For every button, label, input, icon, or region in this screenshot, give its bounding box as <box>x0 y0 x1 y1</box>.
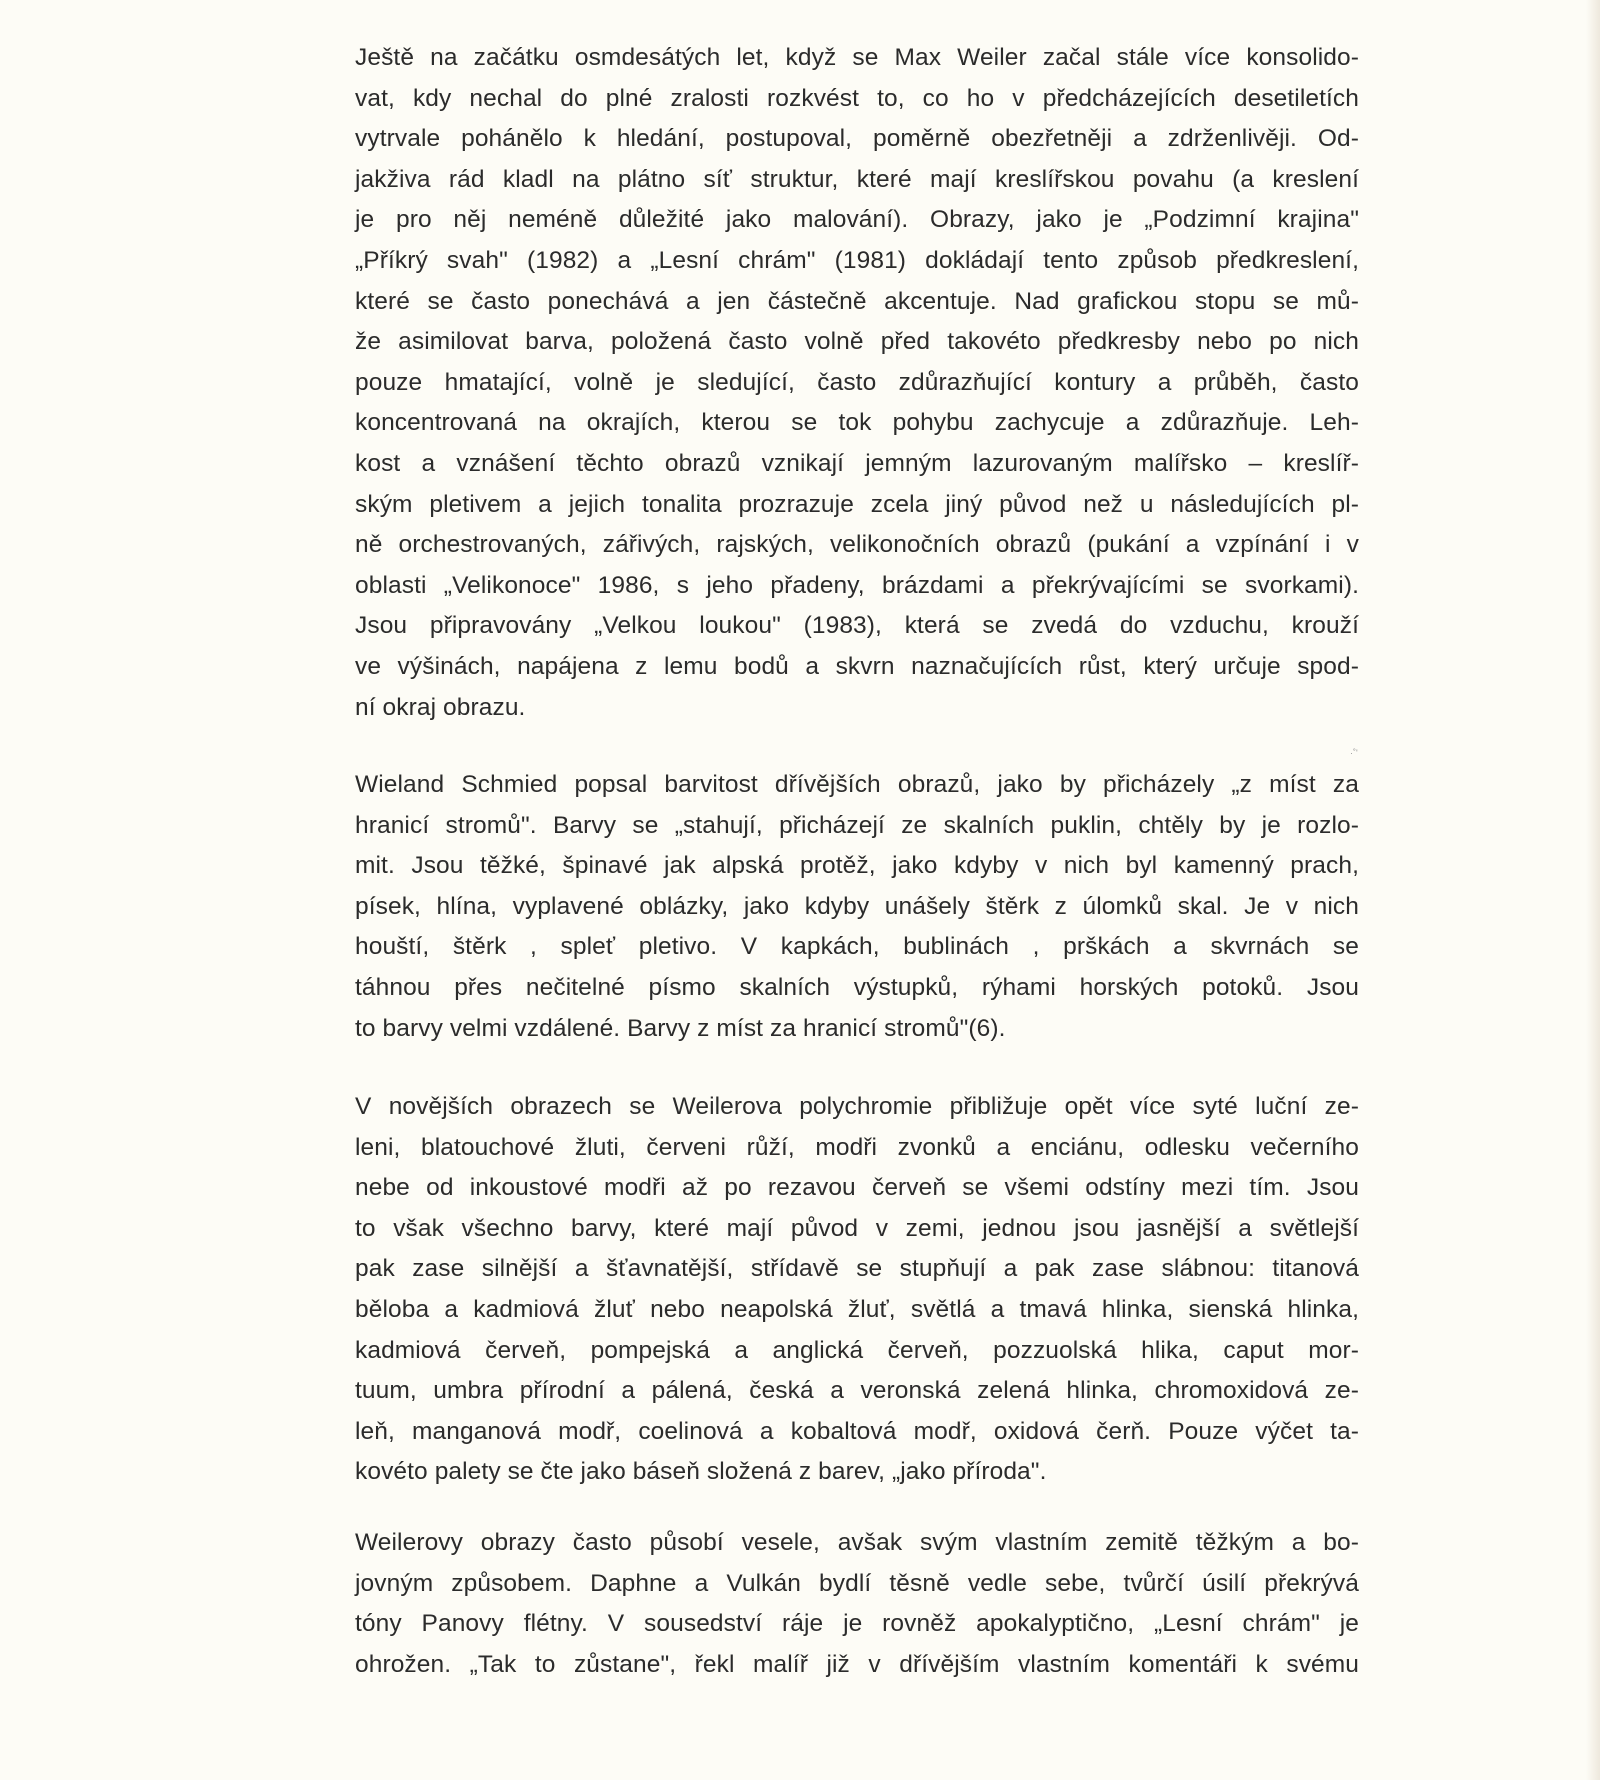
paragraph-4: Weilerovy obrazy často působí vesele, av… <box>355 1523 1359 1685</box>
text-line: vytrvale pohánělo k hledání, postupoval,… <box>355 119 1359 160</box>
text-line: ve výšinách, napájena z lemu bodů a skvr… <box>355 647 1359 688</box>
text-line: to barvy velmi vzdálené. Barvy z míst za… <box>355 1009 1359 1050</box>
text-line: ským pletivem a jejich tonalita prozrazu… <box>355 485 1359 526</box>
text-line: nebe od inkoustové modři až po rezavou č… <box>355 1168 1359 1209</box>
text-line: „Příkrý svah" (1982) a „Lesní chrám" (19… <box>355 241 1359 282</box>
paragraph-3: V novějších obrazech se Weilerova polych… <box>355 1087 1359 1493</box>
text-line: ohrožen. „Tak to zůstane", řekl malíř ji… <box>355 1645 1359 1686</box>
text-line: hranicí stromů". Barvy se „stahují, přic… <box>355 806 1359 847</box>
text-line: pak zase silnější a šťavnatější, střídav… <box>355 1249 1359 1290</box>
paragraph-1: Ještě na začátku osmdesátých let, když s… <box>355 38 1359 728</box>
text-line: že asimilovat barva, položená často voln… <box>355 322 1359 363</box>
text-line: Weilerovy obrazy často působí vesele, av… <box>355 1523 1359 1564</box>
scan-speck: ·˚' <box>1350 748 1358 758</box>
text-line: kost a vznášení těchto obrazů vznikají j… <box>355 444 1359 485</box>
text-line: tóny Panovy flétny. V sousedství ráje je… <box>355 1604 1359 1645</box>
text-line: houští, štěrk , spleť pletivo. V kapkách… <box>355 927 1359 968</box>
text-line: ně orchestrovaných, zářivých, rajských, … <box>355 525 1359 566</box>
text-line: Ještě na začátku osmdesátých let, když s… <box>355 38 1359 79</box>
text-line: vat, kdy nechal do plné zralosti rozkvés… <box>355 79 1359 120</box>
text-line: které se často ponechává a jen částečně … <box>355 282 1359 323</box>
text-line: koncentrovaná na okrajích, kterou se tok… <box>355 403 1359 444</box>
text-line: tuum, umbra přírodní a pálená, česká a v… <box>355 1371 1359 1412</box>
text-line: písek, hlína, vyplavené oblázky, jako kd… <box>355 887 1359 928</box>
page-edge-shadow <box>1586 0 1600 1780</box>
text-line: mit. Jsou těžké, špinavé jak alpská prot… <box>355 846 1359 887</box>
text-line: jakživa rád kladl na plátno síť struktur… <box>355 160 1359 201</box>
text-line: leni, blatouchové žluti, červeni růží, m… <box>355 1128 1359 1169</box>
text-line: kadmiová červeň, pompejská a anglická če… <box>355 1331 1359 1372</box>
text-line: leň, manganová modř, coelinová a kobalto… <box>355 1412 1359 1453</box>
text-line: Jsou připravovány „Velkou loukou" (1983)… <box>355 606 1359 647</box>
text-line: táhnou přes nečitelné písmo skalních výs… <box>355 968 1359 1009</box>
text-line: pouze hmatající, volně je sledující, čas… <box>355 363 1359 404</box>
paragraph-2: Wieland Schmied popsal barvitost dřívějš… <box>355 765 1359 1049</box>
text-line: oblasti „Velikonoce" 1986, s jeho přaden… <box>355 566 1359 607</box>
text-line: Wieland Schmied popsal barvitost dřívějš… <box>355 765 1359 806</box>
text-line: běloba a kadmiová žluť nebo neapolská žl… <box>355 1290 1359 1331</box>
text-line: V novějších obrazech se Weilerova polych… <box>355 1087 1359 1128</box>
text-line: jovným způsobem. Daphne a Vulkán bydlí t… <box>355 1564 1359 1605</box>
text-line: kovéto palety se čte jako báseň složená … <box>355 1452 1359 1493</box>
text-line: to však všechno barvy, které mají původ … <box>355 1209 1359 1250</box>
text-line: je pro něj neméně důležité jako malování… <box>355 200 1359 241</box>
text-line: ní okraj obrazu. <box>355 688 1359 729</box>
